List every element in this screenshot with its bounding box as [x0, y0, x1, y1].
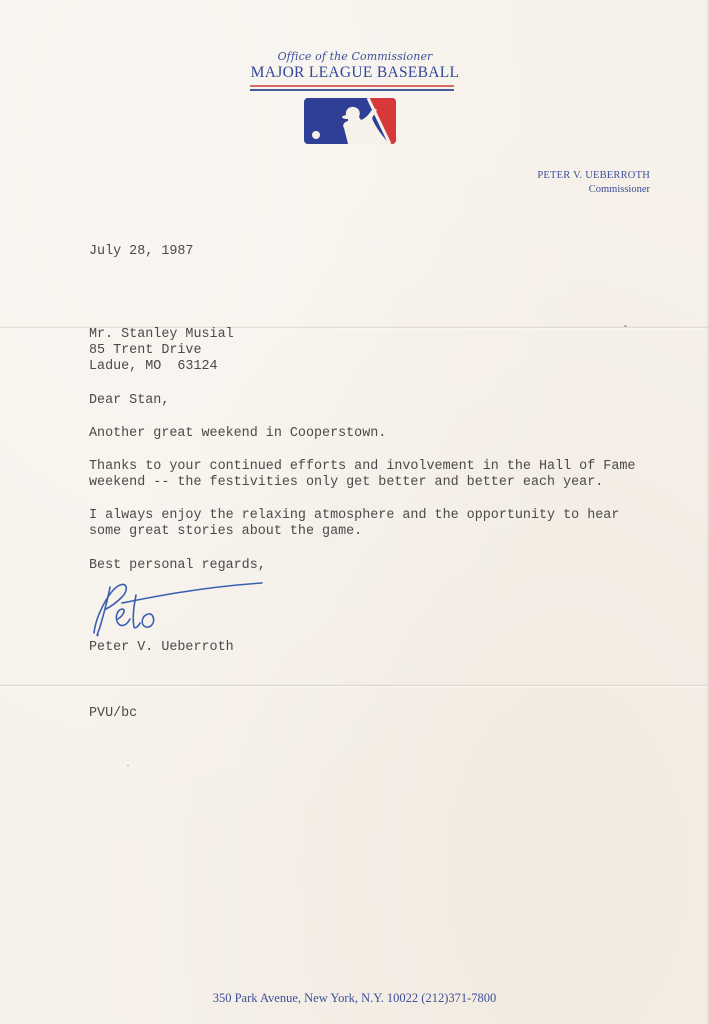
signer-name: Peter V. Ueberroth — [89, 640, 234, 656]
paper-speck — [624, 325, 627, 327]
footer-address: 350 Park Avenue, New York, N.Y. 10022 (2… — [0, 991, 709, 1006]
paper-speck — [127, 765, 129, 766]
salutation: Dear Stan, — [89, 393, 169, 409]
recipient-street: 85 Trent Drive — [89, 343, 202, 358]
sender-title: Commissioner — [589, 184, 650, 195]
letter-date: July 28, 1987 — [89, 244, 193, 260]
recipient-city-state-zip: Ladue, MO 63124 — [89, 359, 218, 374]
body-paragraph: Another great weekend in Cooperstown. — [89, 426, 386, 442]
letter-page: Office of the Commissioner MAJOR LEAGUE … — [0, 0, 709, 1024]
mlb-batter-logo-icon — [304, 98, 396, 144]
letterhead-organization: MAJOR LEAGUE BASEBALL — [240, 64, 470, 82]
letterhead-red-rule — [250, 85, 454, 87]
reference-initials: PVU/bc — [89, 706, 137, 722]
closing: Best personal regards, — [89, 558, 266, 574]
recipient-address: Mr. Stanley Musial 85 Trent Drive Ladue,… — [89, 327, 234, 375]
recipient-name: Mr. Stanley Musial — [89, 327, 234, 342]
letterhead-blue-rule — [250, 89, 454, 91]
sender-name: PETER V. UEBERROTH — [537, 170, 650, 181]
paper-fold-line — [0, 684, 709, 688]
handwritten-signature — [92, 575, 267, 643]
body-paragraph: Thanks to your continued efforts and inv… — [89, 459, 635, 491]
letterhead-office: Office of the Commissioner — [240, 50, 470, 63]
body-paragraph: I always enjoy the relaxing atmosphere a… — [89, 508, 619, 540]
